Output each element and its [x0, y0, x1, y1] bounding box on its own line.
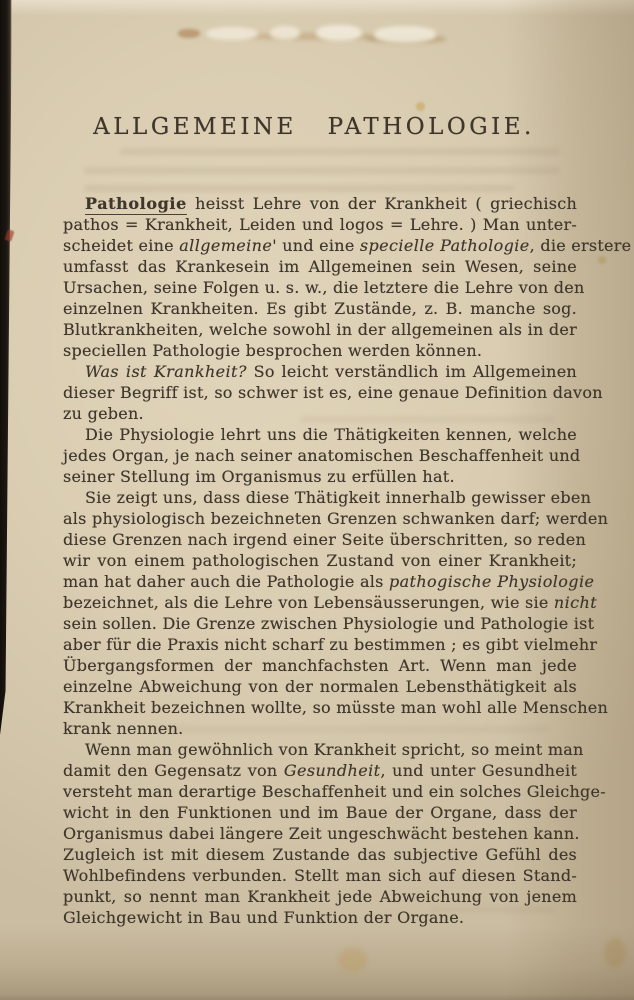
plain-text: Sie zeigt uns, dass diese Thätigkeit inn…	[85, 488, 591, 507]
text-line: Krankheit bezeichnen wollte, so müsste m…	[63, 697, 577, 718]
plain-text: zu geben.	[63, 404, 144, 423]
plain-text: So leicht verständlich im Allgemeinen	[247, 362, 577, 381]
plain-text: seiner Stellung im Organismus zu erfülle…	[63, 467, 455, 486]
book-spine-shadow	[0, 0, 12, 735]
plain-text: man hat daher auch die Pathologie als	[63, 572, 389, 591]
text-line: punkt, so nennt man Krankheit jede Abwei…	[63, 886, 577, 907]
plain-text: damit den Gegensatz von	[63, 761, 284, 780]
plain-text: Ursachen, seine Folgen u. s. w., die let…	[63, 278, 585, 297]
plain-text: wicht in den Funktionen und im Baue der …	[63, 803, 577, 822]
plain-text: Blutkrankheiten, welche sowohl in der al…	[63, 320, 577, 339]
plain-text: Zugleich ist mit diesem Zustande das sub…	[63, 845, 577, 864]
plain-text: jedes Organ, je nach seiner anatomischen…	[63, 446, 580, 465]
plain-text: sein sollen. Die Grenze zwischen Physiol…	[63, 614, 594, 633]
show-through-text-line	[120, 148, 560, 155]
text-line: Sie zeigt uns, dass diese Thätigkeit inn…	[63, 487, 577, 508]
plain-text: scheidet eine	[63, 236, 179, 255]
text-line: Gleichgewicht in Bau und Funktion der Or…	[63, 907, 577, 928]
erasure-smudge	[178, 21, 448, 47]
smudge-whiteout	[206, 27, 258, 40]
plain-text: speciellen Pathologie besprochen werden …	[63, 341, 482, 360]
page-bottom-edge-shadow	[0, 925, 634, 1000]
text-line: Was ist Krankheit? So leicht verständlic…	[63, 361, 577, 382]
italic-text: nicht	[554, 593, 597, 612]
plain-text: punkt, so nennt man Krankheit jede Abwei…	[63, 887, 577, 906]
plain-text: krank nennen.	[63, 719, 183, 738]
foxing-stain	[598, 256, 606, 264]
text-line: damit den Gegensatz von Gesundheit, und …	[63, 760, 577, 781]
book-page-photo: ALLGEMEINE PATHOLOGIE. Pathologie heisst…	[0, 0, 634, 1000]
text-line: wir von einem pathologischen Zustand von…	[63, 550, 577, 571]
plain-text: Die Physiologie lehrt uns die Thätigkeit…	[85, 425, 577, 444]
italic-text: allgemeine	[179, 236, 272, 255]
text-line: Wohlbefindens verbunden. Stellt man sich…	[63, 865, 577, 886]
plain-text: als physiologisch bezeichneten Grenzen s…	[63, 509, 608, 528]
show-through-text-line	[84, 185, 514, 192]
text-line: Organismus dabei längere Zeit ungeschwäc…	[63, 823, 577, 844]
text-line: Ursachen, seine Folgen u. s. w., die let…	[63, 277, 577, 298]
text-line: dieser Begriff ist, so schwer ist es, ei…	[63, 382, 577, 403]
plain-text: Krankheit bezeichnen wollte, so müsste m…	[63, 698, 608, 717]
text-line: jedes Organ, je nach seiner anatomischen…	[63, 445, 577, 466]
italic-text: specielle Pathologie	[360, 236, 530, 255]
plain-text: diese Grenzen nach irgend einer Seite üb…	[63, 530, 586, 549]
text-line: bezeichnet, als die Lehre von Lebensäuss…	[63, 592, 577, 613]
text-line: scheidet eine allgemeine' und eine speci…	[63, 235, 577, 256]
text-line: einzelne Abweichung von der normalen Leb…	[63, 676, 577, 697]
plain-text: wir von einem pathologischen Zustand von…	[63, 551, 577, 570]
plain-text: Wenn man gewöhnlich von Krankheit sprich…	[85, 740, 584, 759]
text-line: Pathologie heisst Lehre von der Krankhei…	[63, 193, 577, 214]
text-line: diese Grenzen nach irgend einer Seite üb…	[63, 529, 577, 550]
text-line: seiner Stellung im Organismus zu erfülle…	[63, 466, 577, 487]
plain-text: versteht man derartige Beschaffenheit un…	[63, 782, 606, 801]
plain-text: einzelnen Krankheiten. Es gibt Zustände,…	[63, 299, 577, 318]
plain-text: einzelne Abweichung von der normalen Leb…	[63, 677, 577, 696]
plain-text: dieser Begriff ist, so schwer ist es, ei…	[63, 383, 603, 402]
text-line: Die Physiologie lehrt uns die Thätigkeit…	[63, 424, 577, 445]
bold-underline-text: Pathologie	[85, 194, 187, 215]
plain-text: pathos = Krankheit, Leiden und logos = L…	[63, 215, 577, 234]
text-line: Wenn man gewöhnlich von Krankheit sprich…	[63, 739, 577, 760]
body-text: Pathologie heisst Lehre von der Krankhei…	[63, 193, 577, 928]
text-line: krank nennen.	[63, 718, 577, 739]
red-fiber-mark	[4, 229, 14, 242]
foxing-stain	[604, 938, 626, 968]
text-line: man hat daher auch die Pathologie als pa…	[63, 571, 577, 592]
smudge-whiteout	[374, 26, 436, 43]
italic-text: Was ist Krankheit?	[85, 362, 247, 381]
text-line: zu geben.	[63, 403, 577, 424]
plain-text: heisst Lehre von der Krankheit ( griechi…	[187, 194, 577, 213]
italic-text: Gesundheit	[284, 761, 381, 780]
foxing-stain	[416, 102, 425, 111]
italic-text: pathogische Physiologie	[389, 572, 594, 591]
plain-text: , die erstere	[530, 236, 632, 255]
text-line: Blutkrankheiten, welche sowohl in der al…	[63, 319, 577, 340]
smudge-whiteout	[270, 26, 300, 40]
smudge-whiteout	[316, 25, 362, 41]
plain-text: Gleichgewicht in Bau und Funktion der Or…	[63, 908, 464, 927]
text-line: pathos = Krankheit, Leiden und logos = L…	[63, 214, 577, 235]
text-line: einzelnen Krankheiten. Es gibt Zustände,…	[63, 298, 577, 319]
show-through-text-line	[84, 167, 560, 174]
plain-text: umfasst das Krankesein im Allgemeinen se…	[63, 257, 577, 276]
page-title: ALLGEMEINE PATHOLOGIE.	[0, 112, 628, 142]
text-line: umfasst das Krankesein im Allgemeinen se…	[63, 256, 577, 277]
plain-text: ' und eine	[272, 236, 360, 255]
text-line: aber für die Praxis nicht scharf zu best…	[63, 634, 577, 655]
plain-text: Übergangsformen der manchfachsten Art. W…	[63, 656, 577, 675]
foxing-stain	[338, 948, 368, 972]
text-line: speciellen Pathologie besprochen werden …	[63, 340, 577, 361]
text-line: Zugleich ist mit diesem Zustande das sub…	[63, 844, 577, 865]
plain-text: Wohlbefindens verbunden. Stellt man sich…	[63, 866, 577, 885]
text-line: sein sollen. Die Grenze zwischen Physiol…	[63, 613, 577, 634]
plain-text: Organismus dabei längere Zeit ungeschwäc…	[63, 824, 580, 843]
plain-text: bezeichnet, als die Lehre von Lebensäuss…	[63, 593, 554, 612]
text-line: wicht in den Funktionen und im Baue der …	[63, 802, 577, 823]
smudge-blot	[178, 29, 200, 38]
text-line: als physiologisch bezeichneten Grenzen s…	[63, 508, 577, 529]
plain-text: , und unter Gesundheit	[380, 761, 577, 780]
text-line: versteht man derartige Beschaffenheit un…	[63, 781, 577, 802]
plain-text: aber für die Praxis nicht scharf zu best…	[63, 635, 597, 654]
text-line: Übergangsformen der manchfachsten Art. W…	[63, 655, 577, 676]
